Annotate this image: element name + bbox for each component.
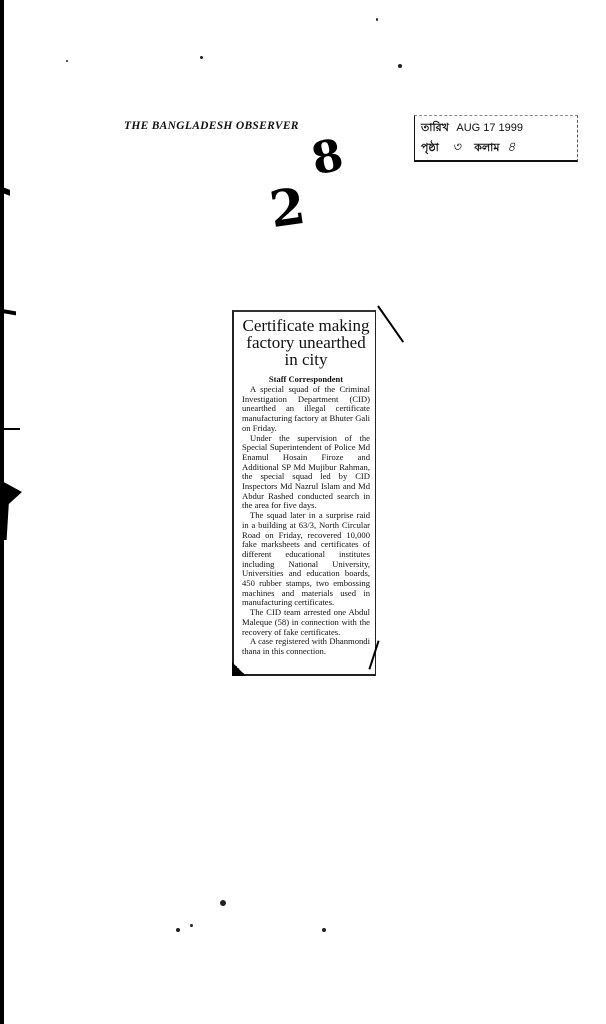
archive-stamp: তারিখ AUG 17 1999 পৃষ্ঠা ৩ কলাম ৪ xyxy=(414,115,578,162)
scan-edge-tear xyxy=(0,480,22,540)
stamp-date-value: AUG 17 1999 xyxy=(456,122,523,134)
scan-speck xyxy=(322,928,326,932)
article-paragraph: A case registered with Dhanmondi thana i… xyxy=(242,637,370,656)
scan-edge-tear xyxy=(0,428,20,430)
article-paragraph: The squad later in a surprise raid in a … xyxy=(242,511,370,608)
handwritten-number-lower: 2 xyxy=(266,176,309,239)
article-clipping: Certificate making factory unearthed in … xyxy=(232,310,376,676)
handwritten-number-upper: 8 xyxy=(307,129,348,185)
scan-speck xyxy=(220,900,226,906)
stamp-column-value: ৪ xyxy=(507,140,515,155)
stamp-page-row: পৃষ্ঠা ৩ কলাম ৪ xyxy=(421,138,515,159)
clipping-cut-mark xyxy=(232,662,246,676)
scan-speck xyxy=(176,928,180,932)
newspaper-masthead: THE BANGLADESH OBSERVER xyxy=(124,120,299,132)
clipping-cut-mark xyxy=(368,640,379,669)
article-paragraph: A special squad of the Criminal Investig… xyxy=(242,385,370,434)
article-headline: Certificate making factory unearthed in … xyxy=(242,317,370,368)
clipping-cut-mark xyxy=(377,305,404,342)
scan-speck xyxy=(398,64,402,68)
article-byline: Staff Correspondent xyxy=(242,374,370,384)
scan-speck xyxy=(66,60,68,62)
scan-speck xyxy=(200,56,203,59)
stamp-page-value: ৩ xyxy=(452,140,460,155)
stamp-column-label: কলাম xyxy=(474,141,499,154)
article-paragraph: The CID team arrested one Abdul Maleque … xyxy=(242,608,370,637)
stamp-date-label: তারিখ xyxy=(421,121,449,134)
stamp-date-row: তারিখ AUG 17 1999 xyxy=(421,119,523,138)
scan-speck xyxy=(376,18,378,21)
scan-speck xyxy=(190,924,193,927)
article-paragraph: Under the supervision of the Special Sup… xyxy=(242,434,370,512)
masthead-text: THE BANGLADESH OBSERVER xyxy=(124,120,299,132)
stamp-page-label: পৃষ্ঠা xyxy=(421,141,439,154)
